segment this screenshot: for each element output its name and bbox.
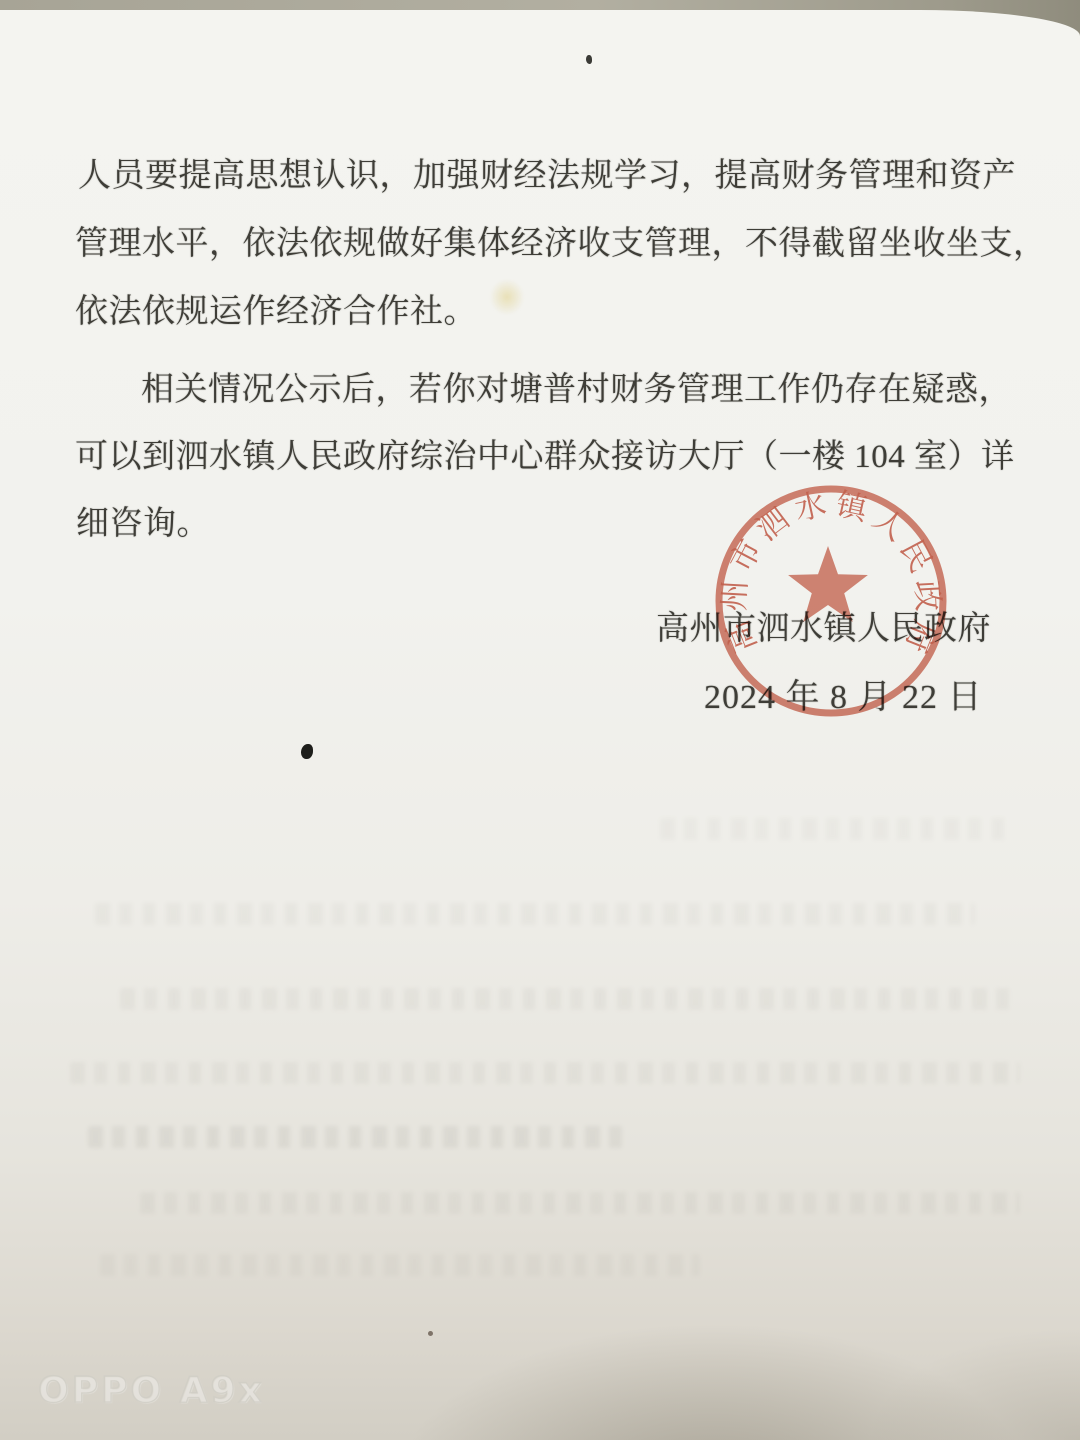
- body-text-line: 相关情况公示后，若你对塘普村财务管理工作仍存在疑惑，: [141, 363, 1012, 410]
- body-text-line: 管理水平，依法依规做好集体经济收支管理，不得截留坐收坐支，: [75, 217, 1047, 264]
- document-page: 人员要提高思想认识，加强财经法规学习，提高财务管理和资产 管理水平，依法依规做好…: [0, 10, 1080, 1440]
- body-text-line: 可以到泗水镇人民政府综治中心群众接访大厅（一楼 104 室）详: [75, 430, 1015, 477]
- official-seal: 高州市泗水镇人民政府: [711, 481, 951, 721]
- paper-stain: [483, 272, 531, 322]
- bleed-through-row: [100, 1254, 700, 1276]
- body-text-line: 细咨询。: [76, 497, 210, 544]
- ink-speck: [586, 55, 592, 64]
- bleed-through-row: [140, 1192, 1020, 1214]
- camera-watermark: OPPO A9x: [38, 1370, 265, 1411]
- ink-speck: [301, 744, 313, 759]
- star-icon: [788, 546, 868, 622]
- body-text-line: 人员要提高思想认识，加强财经法规学习，提高财务管理和资产: [78, 149, 1016, 196]
- bleed-through-row: [660, 818, 1010, 840]
- bleed-through-row: [70, 1062, 1020, 1084]
- bleed-through-row: [95, 903, 975, 925]
- ink-speck: [428, 1331, 433, 1336]
- bleed-through-row: [120, 988, 1010, 1010]
- bleed-through-row: [88, 1126, 628, 1148]
- body-text-line: 依法依规运作经济合作社。: [75, 285, 477, 332]
